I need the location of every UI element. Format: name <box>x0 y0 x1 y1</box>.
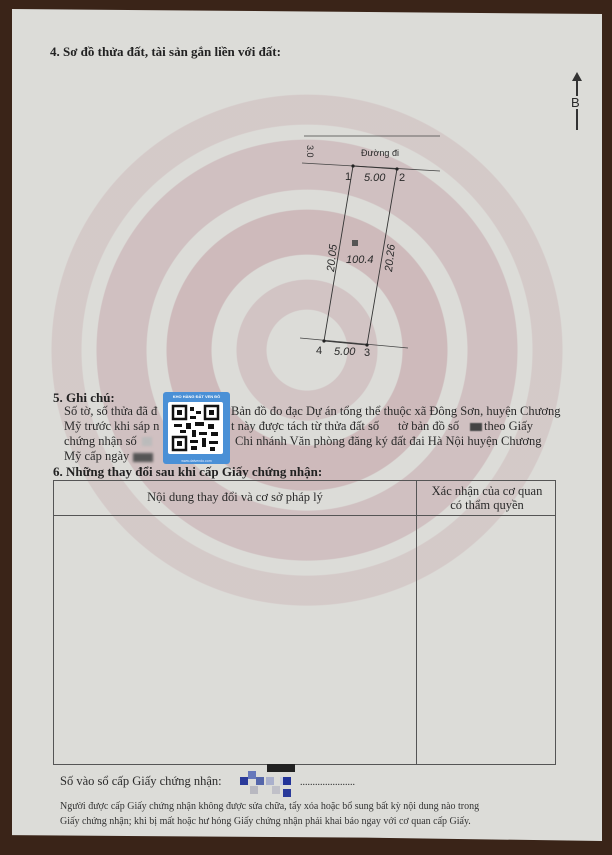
note-line-1b: Bản đồ đo đạc Dự án tổng thể thuộc xã Đô… <box>231 404 561 419</box>
svg-text:20.26: 20.26 <box>383 243 398 274</box>
svg-text:2: 2 <box>399 172 405 184</box>
svg-text:3.0: 3.0 <box>305 145 315 158</box>
col-header-confirmation-line1: Xác nhận của cơ quan <box>417 484 557 498</box>
notice-line-2: Giấy chứng nhận; khi bị mất hoặc hư hỏng… <box>60 816 471 827</box>
note-line-4a: Mỹ cấp ngày <box>64 449 129 464</box>
redacted-block <box>470 423 482 431</box>
note-line-2c: tờ bản đồ số <box>398 419 459 434</box>
note-line-2a: Mỹ trước khi sáp n <box>64 419 159 434</box>
register-dots: ...................... <box>300 777 355 788</box>
col-header-changes: Nội dung thay đổi và cơ sở pháp lý <box>54 490 416 505</box>
confirmation-cell <box>417 516 555 764</box>
svg-text:20.05: 20.05 <box>325 243 340 274</box>
note-line-1a: Số tờ, số thửa đã đ <box>64 404 157 419</box>
svg-text:3: 3 <box>364 347 370 359</box>
qr-footer: www.datvendo.com <box>163 459 230 463</box>
qr-caption: KHO HÀNG ĐẤT VEN ĐÔ <box>163 394 230 399</box>
note-line-3b: Chi nhánh Văn phòng đăng ký đất đai Hà N… <box>235 434 542 449</box>
svg-text:100.4: 100.4 <box>346 254 374 266</box>
svg-text:5.00: 5.00 <box>334 346 356 358</box>
svg-text:1: 1 <box>345 171 351 183</box>
notice-line-1: Người được cấp Giấy chứng nhận không đượ… <box>60 801 479 812</box>
qr-code-icon[interactable] <box>168 402 223 454</box>
redacted-date <box>133 453 153 462</box>
svg-text:4: 4 <box>316 345 322 357</box>
col-header-confirmation: Xác nhận của cơ quan có thẩm quyền <box>417 484 557 512</box>
section-6-heading: 6. Những thay đổi sau khi cấp Giấy chứng… <box>53 464 322 480</box>
svg-text:Đường đi: Đường đi <box>361 148 399 158</box>
note-line-2d: theo Giấy <box>484 419 533 434</box>
svg-text:5.00: 5.00 <box>364 172 386 184</box>
changes-content-cell <box>54 516 416 764</box>
col-header-confirmation-line2: có thẩm quyền <box>417 498 557 512</box>
qr-sticker[interactable]: KHO HÀNG ĐẤT VEN ĐÔ www.datvendo.com <box>163 392 230 464</box>
redacted-bar <box>267 764 295 772</box>
note-line-2b: t này được tách từ thửa đất số <box>231 419 379 434</box>
note-line-3a: chứng nhận số <box>64 434 137 449</box>
redacted-cert-number <box>142 437 152 446</box>
changes-table: Nội dung thay đổi và cơ sở pháp lý Xác n… <box>53 480 556 765</box>
register-label: Số vào sổ cấp Giấy chứng nhận: <box>60 774 222 789</box>
